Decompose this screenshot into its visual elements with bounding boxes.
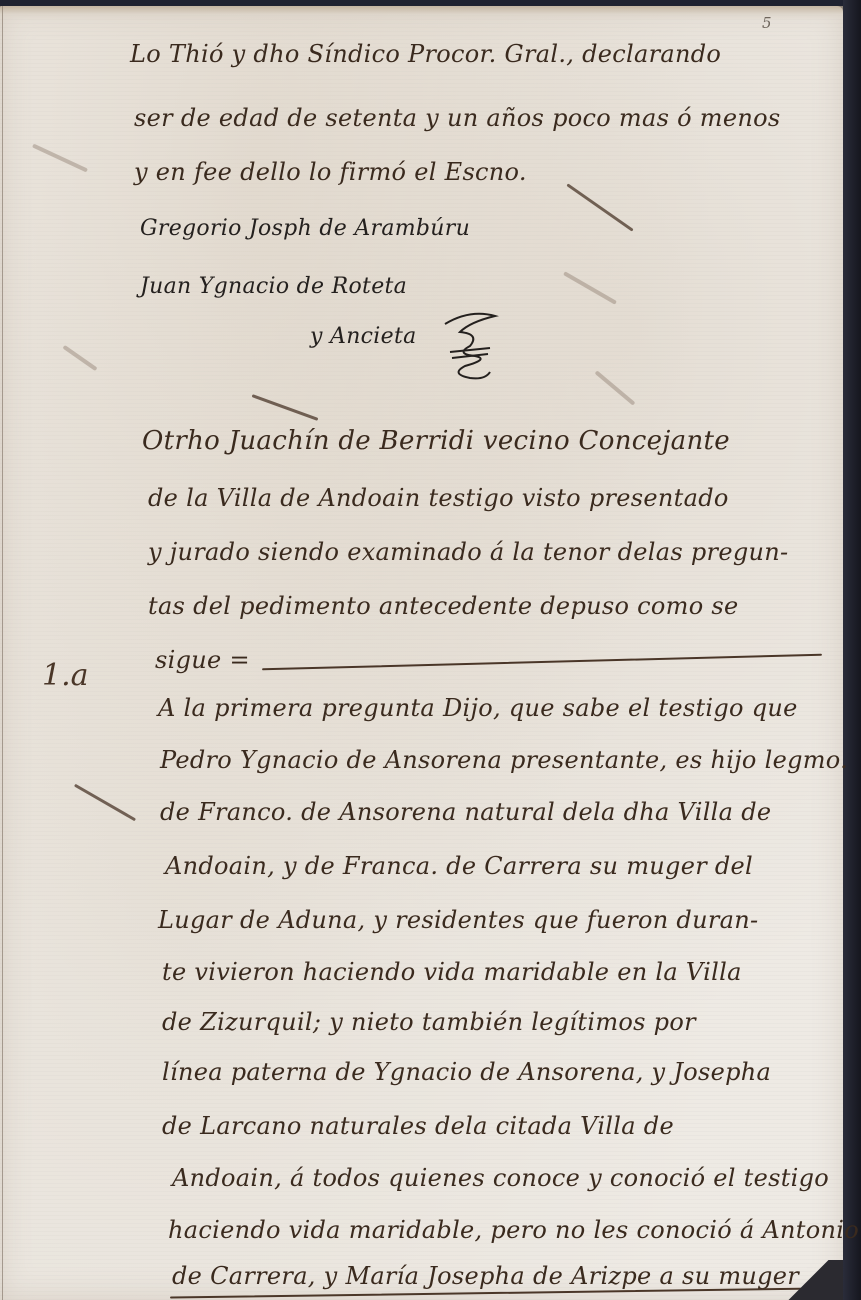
testimony-line-1: Otrho Juachín de Berridi vecino Concejan… bbox=[142, 426, 730, 456]
testimony-line-2: de la Villa de Andoain testigo visto pre… bbox=[148, 484, 729, 512]
opening-line-1: Lo Thió y dho Síndico Procor. Gral., dec… bbox=[130, 40, 721, 68]
bleed-through-mark bbox=[32, 144, 88, 173]
signature-ancieta: y Ancieta bbox=[310, 324, 417, 349]
page-corner-fold bbox=[783, 1260, 843, 1300]
opening-line-3: y en fee dello lo firmó el Escno. bbox=[134, 158, 527, 186]
bleed-through-mark bbox=[563, 271, 617, 304]
testimony-line-3: y jurado siendo examinado á la tenor del… bbox=[148, 538, 788, 566]
page-left-edge bbox=[2, 6, 7, 1300]
answer-line-10: Andoain, á todos quienes conoce y conoci… bbox=[172, 1164, 829, 1192]
answer-line-9: de Larcano naturales dela citada Villa d… bbox=[162, 1112, 674, 1140]
book-spine bbox=[843, 0, 861, 1300]
bleed-through-mark bbox=[595, 370, 636, 405]
page-top-edge bbox=[0, 6, 843, 20]
testimony-line-4: tas del pedimento antecedente depuso com… bbox=[148, 592, 739, 620]
answer-line-6: te vivieron haciendo vida maridable en l… bbox=[162, 958, 742, 986]
answer-line-2: Pedro Ygnacio de Ansorena presentante, e… bbox=[160, 746, 848, 774]
page-number: 5 bbox=[762, 14, 772, 32]
closing-rule bbox=[262, 654, 822, 671]
ink-stroke bbox=[252, 394, 319, 421]
answer-line-12: de Carrera, y María Josepha de Arizpe a … bbox=[172, 1262, 799, 1290]
answer-line-7: de Zizurquil; y nieto también legítimos … bbox=[162, 1008, 696, 1036]
signature-roteta: Juan Ygnacio de Roteta bbox=[140, 274, 407, 299]
signature-rubric-icon bbox=[440, 304, 500, 384]
answer-line-8: línea paterna de Ygnacio de Ansorena, y … bbox=[162, 1058, 771, 1086]
answer-line-11: haciendo vida maridable, pero no les con… bbox=[168, 1216, 859, 1244]
bleed-through-mark bbox=[62, 345, 97, 371]
ink-stroke bbox=[74, 784, 136, 822]
signature-arambúru: Gregorio Josph de Arambúru bbox=[140, 216, 470, 241]
manuscript-page: 5 Lo Thió y dho Síndico Procor. Gral., d… bbox=[0, 6, 843, 1300]
opening-line-2: ser de edad de setenta y un años poco ma… bbox=[134, 104, 780, 132]
answer-line-5: Lugar de Aduna, y residentes que fueron … bbox=[158, 906, 758, 934]
ink-stroke bbox=[566, 183, 633, 231]
answer-line-3: de Franco. de Ansorena natural dela dha … bbox=[160, 798, 771, 826]
answer-line-1: A la primera pregunta Dijo, que sabe el … bbox=[158, 694, 798, 722]
answer-line-4: Andoain, y de Franca. de Carrera su muge… bbox=[165, 852, 753, 880]
testimony-line-5: sigue = bbox=[155, 646, 250, 674]
margin-note-first-question: 1.a bbox=[42, 658, 89, 693]
